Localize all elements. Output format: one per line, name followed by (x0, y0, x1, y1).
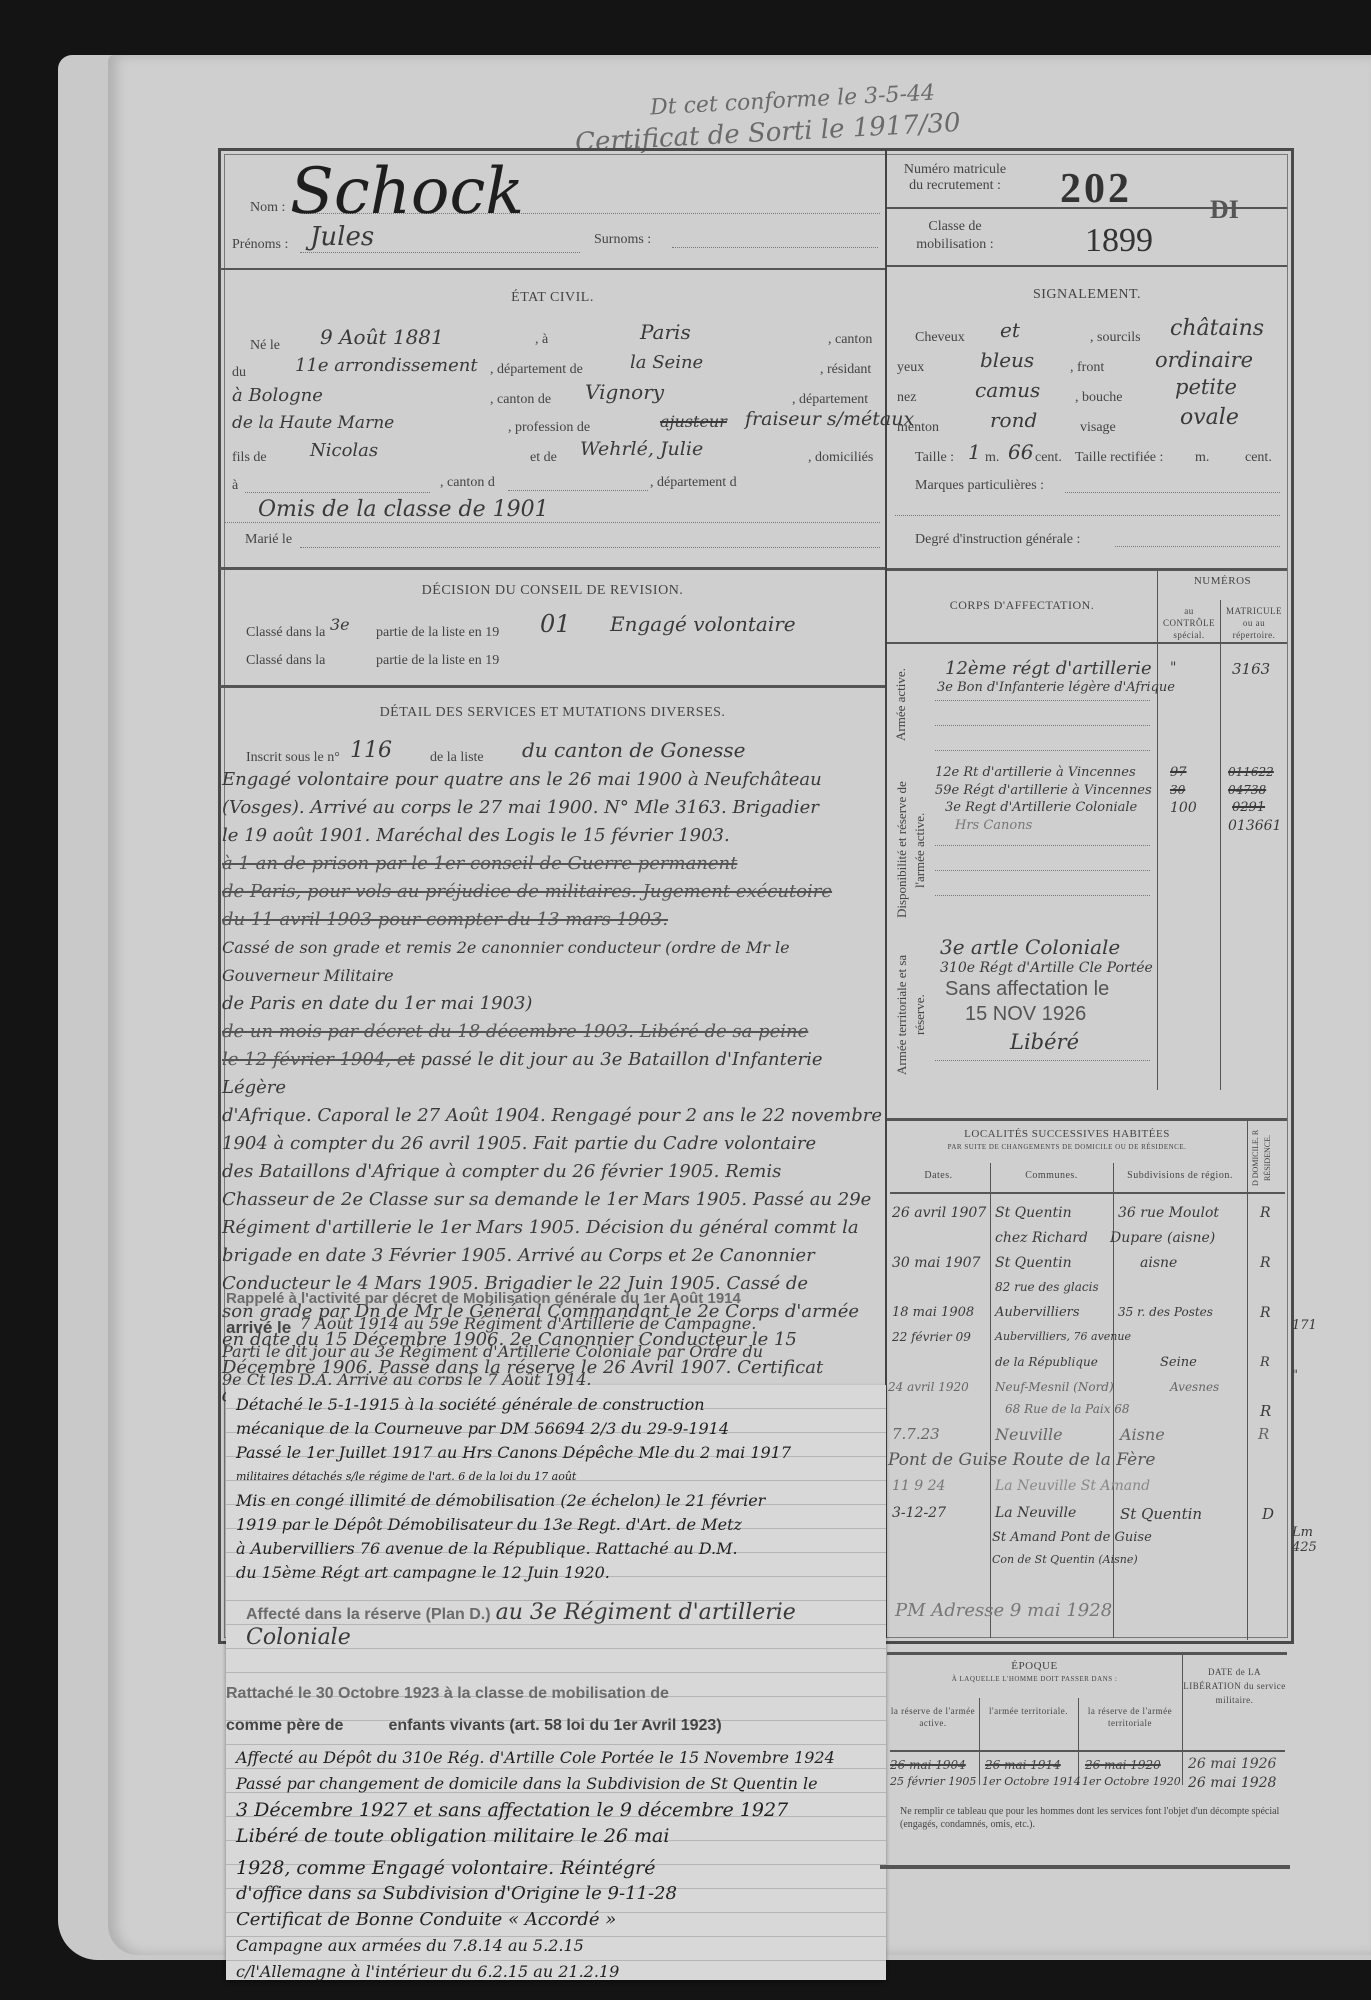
classe2-liste-label: partie de la liste en 19 (376, 653, 499, 669)
loc-commune: St Quentin (995, 1205, 1072, 1221)
service-line-struck: à 1 an de prison par le 1er conseil de G… (222, 850, 882, 878)
row-line (935, 1060, 1150, 1061)
loc-commune: 68 Rue de la Paix 68 (1005, 1402, 1130, 1416)
note-line: Passé le 1er Juillet 1917 au Hrs Canons … (236, 1441, 876, 1465)
corps-dispo-3: 3e Regt d'Artillerie Coloniale (945, 800, 1137, 815)
inscrit-value: 116 (350, 738, 392, 763)
marques-line (1065, 492, 1280, 493)
col-controle: au CONTRÔLE spécial. (1160, 605, 1218, 641)
cheveux-value: et (1000, 318, 1020, 342)
service-line: d'Afrique. Caporal le 27 Août 1904. Reng… (222, 1102, 882, 1130)
col-matricule: MATRICULE ou au répertoire. (1222, 605, 1286, 641)
matricule-dispo-1: 011622 (1228, 765, 1274, 779)
bouche-label: , bouche (1075, 390, 1122, 406)
col-dates: Dates. (887, 1170, 990, 1181)
fils-de-label: fils de (232, 450, 267, 466)
loc-date: 7.7.23 (892, 1425, 940, 1443)
service-span-struck: le 12 février 1904, et (222, 1049, 415, 1070)
pere-stamp: comme père de (226, 1717, 343, 1734)
epoque-struck-2: 26 mai 1914 (985, 1758, 1061, 1772)
rappel-stamp: Rappelé à l'activité par décret de Mobil… (226, 1290, 741, 1307)
ne-le-value: 9 Août 1881 (320, 325, 444, 349)
loc-commune: de la République (995, 1355, 1098, 1369)
col-communes: Communes. (990, 1170, 1113, 1181)
rattache-stamp: Rattaché le 30 Octobre 1923 à la classe … (226, 1685, 669, 1703)
loc-dr: R (1260, 1305, 1271, 1321)
col-line (1220, 600, 1221, 1090)
note-line: Détaché le 5-1-1915 à la société général… (236, 1393, 876, 1417)
loc-commune: St Amand Pont de Guise (992, 1530, 1152, 1545)
epoque-struck-4: 26 mai 1926 (1188, 1756, 1276, 1772)
canton-de-label: , canton de (490, 392, 551, 408)
divider (887, 207, 1287, 209)
arrive-stamp: arrivé le (226, 1318, 291, 1338)
canton-d-line (508, 490, 648, 491)
a-label: , à (535, 332, 548, 348)
note-line: Passé par changement de domicile dans la… (236, 1771, 876, 1797)
controle-active-1: " (1170, 660, 1176, 676)
departement2-value: de la Haute Marne (232, 413, 394, 433)
a2-label: à (232, 478, 238, 494)
taille-cent-value: 66 (1008, 440, 1033, 464)
note-line: d'office dans sa Subdivision d'Origine l… (236, 1881, 876, 1907)
controle-dispo-2: 30 (1170, 783, 1185, 797)
note-line: militaires détachés s/le régime de l'art… (236, 1465, 876, 1489)
yeux-label: yeux (897, 360, 924, 376)
col-domicile-residence: D DOMICILE. R RÉSIDENCE. (1250, 1123, 1280, 1193)
canton-d-label: , canton d (440, 475, 495, 491)
classe-value: 1899 (1085, 222, 1153, 260)
surnoms-label: Surnoms : (594, 232, 651, 248)
loc-commune: La Neuville St Amand (995, 1478, 1150, 1494)
loc-subdivision: 36 rue Moulot (1118, 1205, 1219, 1221)
col-reserve-active: la réserve de l'armée active. (887, 1705, 979, 1729)
sourcils-value: châtains (1170, 316, 1264, 341)
nom-line (300, 213, 880, 214)
sans-affectation-stamp: Sans affectation le (945, 978, 1109, 1001)
degre-instruction-label: Degré d'instruction générale : (915, 532, 1080, 548)
loc-subdivision: 35 r. des Postes (1118, 1305, 1213, 1319)
loc-date: 3-12-27 (892, 1505, 946, 1521)
controle-dispo-1: 97 (1170, 765, 1187, 780)
loc-subdivision: aisne (1140, 1255, 1177, 1271)
loc-commune: Aubervilliers (995, 1305, 1080, 1320)
service-line: de Paris en date du 1er mai 1903) (222, 990, 882, 1018)
epoque-reserve-territoriale: 1er Octobre 1920 (1082, 1775, 1181, 1788)
divider (887, 642, 1287, 644)
col-date-liberation: DATE de LA LIBÉRATION du service militai… (1182, 1665, 1287, 1707)
section-armee-active: Armée active. (893, 650, 909, 760)
classe1-partie: 3e (330, 615, 350, 634)
epoque-date-liberation: 26 mai 1928 (1188, 1775, 1276, 1791)
section-disponibilite: Disponibilité et réserve de l'armée acti… (893, 765, 933, 935)
sans-affectation-date-stamp: 15 NOV 1926 (965, 1003, 1086, 1026)
margin-note: Lm 425 (1292, 1525, 1332, 1555)
birthplace-value: Paris (640, 320, 691, 344)
et-de-label: et de (530, 450, 557, 466)
service-line: Régiment d'artillerie le 1er Mars 1905. … (222, 1214, 882, 1242)
conseil-revision-title: DÉCISION DU CONSEIL DE REVISION. (220, 583, 885, 599)
profession-value: fraiseur s/métaux (745, 408, 914, 430)
nez-value: camus (975, 378, 1040, 402)
cheveux-label: Cheveux (915, 330, 965, 346)
loc-commune: Aubervilliers, 76 avenue (995, 1330, 1131, 1343)
corps-terr-2: 310e Régt d'Artille Cle Portée (940, 960, 1153, 976)
nom-label: Nom : (250, 200, 285, 216)
corps-terr-1: 3e artle Coloniale (940, 935, 1120, 959)
libere-note: Libéré (1010, 1030, 1079, 1054)
ne-le-label: Né le (250, 338, 280, 354)
loc-subdivision: Aisne (1120, 1425, 1165, 1444)
di-stamp: DI (1210, 195, 1239, 225)
note-line: mécanique de la Courneuve par DM 56694 2… (236, 1417, 876, 1441)
numeros-title: NUMÉROS (1160, 575, 1285, 587)
yeux-value: bleus (980, 348, 1034, 372)
affecte-row: Affecté dans la réserve (Plan D.) au 3e … (246, 1600, 886, 1650)
row-line (935, 895, 1150, 896)
profession-label: , profession de (508, 420, 590, 436)
col-line (1247, 1120, 1248, 1640)
matricule-dispo-4: 013661 (1228, 818, 1281, 834)
marie-line (300, 547, 880, 548)
classe2-label: Classé dans la (246, 653, 325, 669)
prenoms-value: Jules (310, 222, 374, 252)
note-line: du 15ème Régt art campagne le 12 Juin 19… (236, 1561, 876, 1585)
inscrit-label: Inscrit sous le n° (246, 750, 340, 766)
front-value: ordinaire (1155, 348, 1253, 372)
domicilies-label: , domiciliés (808, 450, 873, 466)
prenoms-line (300, 252, 580, 253)
row-line (935, 725, 1150, 726)
mother-name: Wehrlé, Julie (580, 438, 703, 460)
affecte-stamp: Affecté dans la réserve (Plan D.) (246, 1606, 491, 1623)
classe1-year: 01 (540, 610, 571, 638)
canton-de-value: Vignory (585, 380, 664, 404)
row-line (935, 870, 1150, 871)
service-line: 1904 à compter du 26 avril 1905. Fait pa… (222, 1130, 882, 1158)
loc-date: 22 février 09 (892, 1330, 971, 1344)
loc-date: Pont de Guise Route de la Fère (888, 1450, 1155, 1470)
epoque-territoriale: 1er Octobre 1914 (982, 1775, 1081, 1788)
service-line: 7 Août 1914 au 59e Régiment d'Artillerie… (300, 1310, 890, 1338)
divider (890, 1750, 1285, 1752)
divider (220, 567, 885, 570)
loc-date: 30 mai 1907 (892, 1255, 980, 1271)
corps-dispo-4: Hrs Canons (955, 818, 1032, 833)
marques-line2 (895, 515, 1280, 516)
numero-matricule-value: 202 (1060, 165, 1132, 213)
loc-subdivision: St Quentin (1120, 1505, 1202, 1523)
note-line: 1928, comme Engagé volontaire. Réintégré (236, 1855, 876, 1881)
enfants-stamp: enfants vivants (art. 58 loi du 1er Avri… (388, 1717, 721, 1734)
matricule-dispo-3: 0291 (1232, 800, 1265, 815)
numero-matricule-label: Numéro matricule du recrutement : (900, 162, 1010, 194)
services-text-1914: 7 Août 1914 au 59e Régiment d'Artillerie… (300, 1310, 890, 1338)
localites-title: LOCALITÉS SUCCESSIVES HABITÉES (887, 1128, 1247, 1140)
nom-value: Schock (290, 155, 524, 229)
services-title: DÉTAIL DES SERVICES ET MUTATIONS DIVERSE… (220, 705, 885, 721)
note-line: Affecté au Dépôt du 310e Rég. d'Artille … (236, 1745, 876, 1771)
loc-subdivision: Seine (1160, 1355, 1197, 1370)
father-name: Nicolas (310, 440, 378, 461)
service-line: (Vosges). Arrivé au corps le 27 mai 1900… (222, 794, 882, 822)
menton-value: rond (990, 408, 1037, 432)
corps-dispo-1: 12e Rt d'artillerie à Vincennes (935, 765, 1136, 780)
marques-label: Marques particulières : (915, 478, 1044, 494)
divider (220, 685, 885, 688)
degre-line (1115, 546, 1280, 547)
service-line-struck: du 11 avril 1903 pour compter du 13 mars… (222, 906, 882, 934)
row-line (935, 845, 1150, 846)
corps-active-2: 3e Bon d'Infanterie légère d'Afrique (937, 680, 1175, 695)
service-line: Chasseur de 2e Classe sur sa demande le … (222, 1186, 882, 1214)
prenoms-label: Prénoms : (232, 237, 288, 253)
departement-label: , département de (490, 362, 583, 378)
service-line-struck: de Paris, pour vols au préjudice de mili… (222, 878, 882, 906)
marie-label: Marié le (245, 532, 292, 548)
loc-dr: R (1260, 1355, 1270, 1370)
matricule-active-1: 3163 (1232, 660, 1270, 678)
loc-dr: R (1260, 1205, 1271, 1221)
loc-dr: R (1260, 1255, 1271, 1271)
loc-date: 18 mai 1908 (892, 1305, 974, 1320)
note-line: Mis en congé illimité de démobilisation … (236, 1489, 876, 1513)
omis-remark: Omis de la classe de 1901 (258, 497, 549, 522)
service-line: le 12 février 1904, et passé le dit jour… (222, 1046, 882, 1102)
nez-label: nez (897, 390, 916, 406)
note-text-2: Affecté au Dépôt du 310e Rég. d'Artille … (236, 1745, 876, 1985)
departement-value: la Seine (630, 352, 703, 373)
col-line (990, 1163, 991, 1638)
front-label: , front (1070, 360, 1104, 376)
taille-label: Taille : (915, 450, 954, 466)
loc-subdivision: Dupare (aisne) (1110, 1230, 1215, 1246)
note-line: Certificat de Bonne Conduite « Accordé » (236, 1907, 876, 1933)
signalement-title: SIGNALEMENT. (887, 287, 1287, 303)
divider (887, 1118, 1287, 1121)
divider (890, 1192, 1285, 1194)
matricule-dispo-2: 04738 (1228, 783, 1266, 797)
visage-label: visage (1080, 420, 1116, 436)
frame-bottom (880, 1865, 1290, 1869)
note-line: 1919 par le Dépôt Démobilisateur du 13e … (236, 1513, 876, 1537)
epoque-title: ÉPOQUE (887, 1660, 1182, 1672)
corps-affectation-title: CORPS D'AFFECTATION. (887, 598, 1157, 613)
departement2-label: , département (792, 392, 868, 408)
divider (887, 1652, 1287, 1655)
epoque-reserve-active: 25 février 1905 (890, 1775, 976, 1788)
service-line-struck: de un mois par décret du 18 décembre 190… (222, 1018, 882, 1046)
canton-label: , canton (828, 332, 872, 348)
controle-dispo-3: 100 (1170, 800, 1197, 816)
corps-active-1: 12ème régt d'artillerie (945, 658, 1152, 679)
divider (220, 268, 885, 270)
residence-value: à Bologne (232, 385, 323, 406)
bouche-value: petite (1175, 375, 1237, 399)
col-reserve-territoriale: la réserve de l'armée territoriale (1078, 1705, 1182, 1729)
loc-commune: chez Richard (995, 1230, 1088, 1246)
loc-date: 11 9 24 (892, 1478, 945, 1494)
loc-dr: D (1262, 1505, 1274, 1523)
a2-line (245, 492, 430, 493)
loc-commune: St Quentin (995, 1255, 1072, 1271)
service-line: brigade en date 3 Février 1905. Arrivé a… (222, 1242, 882, 1270)
note-line: c/l'Allemagne à l'intérieur du 6.2.15 au… (236, 1959, 876, 1985)
note-line: Campagne aux armées du 7.8.14 au 5.2.15 (236, 1933, 876, 1959)
col-territoriale: l'armée territoriale. (979, 1705, 1078, 1717)
col-subdivisions: Subdivisions de région. (1113, 1170, 1247, 1181)
taille-rectifiee-label: Taille rectifiée : (1075, 450, 1163, 466)
divider (887, 265, 1287, 267)
engage-volontaire-note: Engagé volontaire (610, 612, 796, 636)
taille-m-value: 1 (968, 440, 981, 464)
taille-rect-m: m. (1195, 450, 1209, 466)
loc-subdivision: Avesnes (1170, 1380, 1219, 1394)
sourcils-label: , sourcils (1090, 330, 1141, 346)
row-line (935, 700, 1150, 701)
loc-commune: Neuville (995, 1425, 1063, 1444)
corps-dispo-2: 59e Régt d'artillerie à Vincennes (935, 783, 1152, 798)
loc-dr: R (1260, 1402, 1271, 1420)
classe-label: Classe de mobilisation : (900, 218, 1010, 254)
loc-date: 24 avril 1920 (888, 1380, 969, 1394)
section-territoriale: Armée territoriale et sa réserve. (893, 940, 933, 1090)
service-line: le 19 août 1901. Maréchal des Logis le 1… (222, 822, 882, 850)
taille-cent-unit: cent. (1035, 450, 1062, 466)
service-line: Engagé volontaire pour quatre ans le 26 … (222, 766, 882, 794)
du-label: du (232, 365, 246, 381)
taille-m-unit: m. (985, 450, 999, 466)
epoque-struck-3: 26 mai 1920 (1085, 1758, 1161, 1772)
divider (887, 568, 1287, 571)
service-line: des Bataillons d'Afrique à compter du 26… (222, 1158, 882, 1186)
menton-label: menton (897, 420, 939, 436)
loc-commune: 82 rue des glacis (995, 1280, 1099, 1294)
liste-label: de la liste (430, 750, 484, 766)
epoque-struck-1: 26 mai 1904 (890, 1758, 966, 1772)
epoque-subtitle: À LAQUELLE L'HOMME DOIT PASSER DANS : (887, 1675, 1182, 1683)
note-text: Détaché le 5-1-1915 à la société général… (236, 1393, 876, 1585)
etat-civil-title: ÉTAT CIVIL. (220, 290, 885, 306)
col-line (1157, 570, 1158, 1090)
localites-subtitle: PAR SUITE DE CHANGEMENTS DE DOMICILE OU … (887, 1143, 1247, 1151)
classe1-label: Classé dans la (246, 625, 325, 641)
margin-note: 171 (1292, 1318, 1317, 1333)
note-line: 3 Décembre 1927 et sans affectation le 9… (236, 1797, 876, 1823)
remark-line (225, 522, 880, 523)
note-line: Libéré de toute obligation militaire le … (236, 1823, 876, 1849)
taille-rect-cent: cent. (1245, 450, 1272, 466)
visage-value: ovale (1180, 405, 1239, 430)
loc-commune: Neuf-Mesnil (Nord) (995, 1380, 1114, 1394)
note-line: à Aubervilliers 76 avenue de la Républiq… (236, 1537, 876, 1561)
departement3-label: , département d (650, 475, 737, 491)
pm-adresse-note: PM Adresse 9 mai 1928 (895, 1600, 1112, 1621)
surnoms-line (672, 247, 878, 248)
loc-commune: La Neuville (995, 1505, 1076, 1521)
pasted-note-sheet: Détaché le 5-1-1915 à la société général… (226, 1385, 886, 1980)
epoque-footnote: Ne remplir ce tableau que pour les homme… (900, 1805, 1280, 1831)
liste-value: du canton de Gonesse (522, 738, 745, 762)
residant-label: , résidant (820, 362, 871, 378)
pere-row: comme père de enfants vivants (art. 58 l… (226, 1715, 722, 1735)
classe1-liste-label: partie de la liste en 19 (376, 625, 499, 641)
service-line: Cassé de son grade et remis 2e canonnier… (222, 934, 882, 990)
profession-struck: ajusteur (660, 412, 727, 431)
loc-dr: R (1258, 1425, 1269, 1443)
margin-note: " (1292, 1368, 1298, 1383)
row-line (935, 750, 1150, 751)
loc-commune: Con de St Quentin (Aisne) (992, 1553, 1138, 1566)
loc-date: 26 avril 1907 (892, 1205, 986, 1221)
service-line: Parti le dit jour au 3e Régiment d'Artil… (222, 1338, 882, 1366)
arrondissement-value: 11e arrondissement (295, 355, 478, 376)
